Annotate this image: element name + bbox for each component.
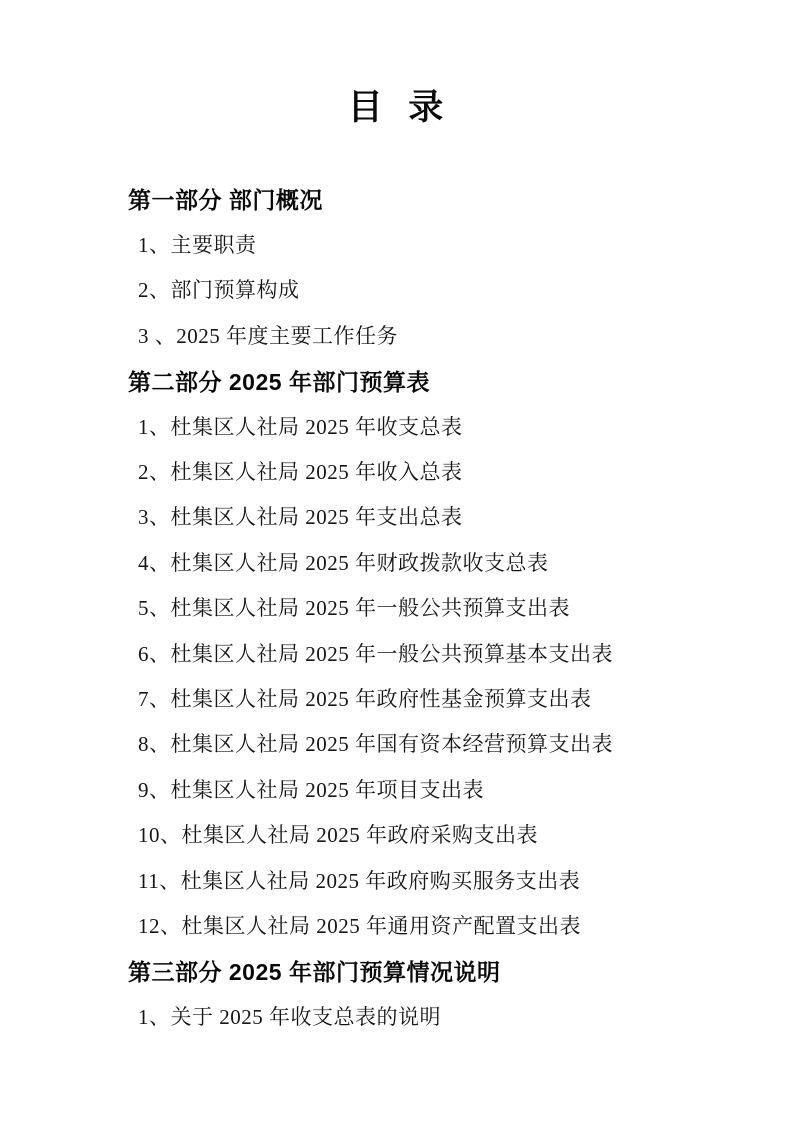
toc-entry: 11、杜集区人社局 2025 年政府购买服务支出表 [128,857,688,902]
toc-entry: 10、杜集区人社局 2025 年政府采购支出表 [128,811,688,856]
toc-entry: 5、杜集区人社局 2025 年一般公共预算支出表 [128,585,688,630]
toc-entry: 4、杜集区人社局 2025 年财政拨款收支总表 [128,539,688,584]
page-title: 目 录 [0,84,793,132]
toc-entry: 1、杜集区人社局 2025 年收支总表 [128,403,688,448]
toc-entry: 8、杜集区人社局 2025 年国有资本经营预算支出表 [128,721,688,766]
toc-entry: 6、杜集区人社局 2025 年一般公共预算基本支出表 [128,630,688,675]
toc-entry: 9、杜集区人社局 2025 年项目支出表 [128,766,688,811]
toc-section-heading-part3: 第三部分 2025 年部门预算情况说明 [128,948,688,993]
toc-section-heading-part1: 第一部分 部门概况 [128,176,688,221]
toc-entry: 1、关于 2025 年收支总表的说明 [128,993,688,1038]
toc-section-heading-part2: 第二部分 2025 年部门预算表 [128,358,688,403]
table-of-contents: 第一部分 部门概况 1、主要职责 2、部门预算构成 3 、2025 年度主要工作… [128,176,688,1038]
toc-entry: 1、主要职责 [128,221,688,266]
toc-entry: 2、杜集区人社局 2025 年收入总表 [128,448,688,493]
toc-entry: 3、杜集区人社局 2025 年支出总表 [128,494,688,539]
toc-entry: 3 、2025 年度主要工作任务 [128,312,688,357]
document-page: 目 录 第一部分 部门概况 1、主要职责 2、部门预算构成 3 、2025 年度… [0,0,793,1122]
toc-entry: 2、部门预算构成 [128,267,688,312]
toc-entry: 12、杜集区人社局 2025 年通用资产配置支出表 [128,902,688,947]
toc-entry: 7、杜集区人社局 2025 年政府性基金预算支出表 [128,675,688,720]
